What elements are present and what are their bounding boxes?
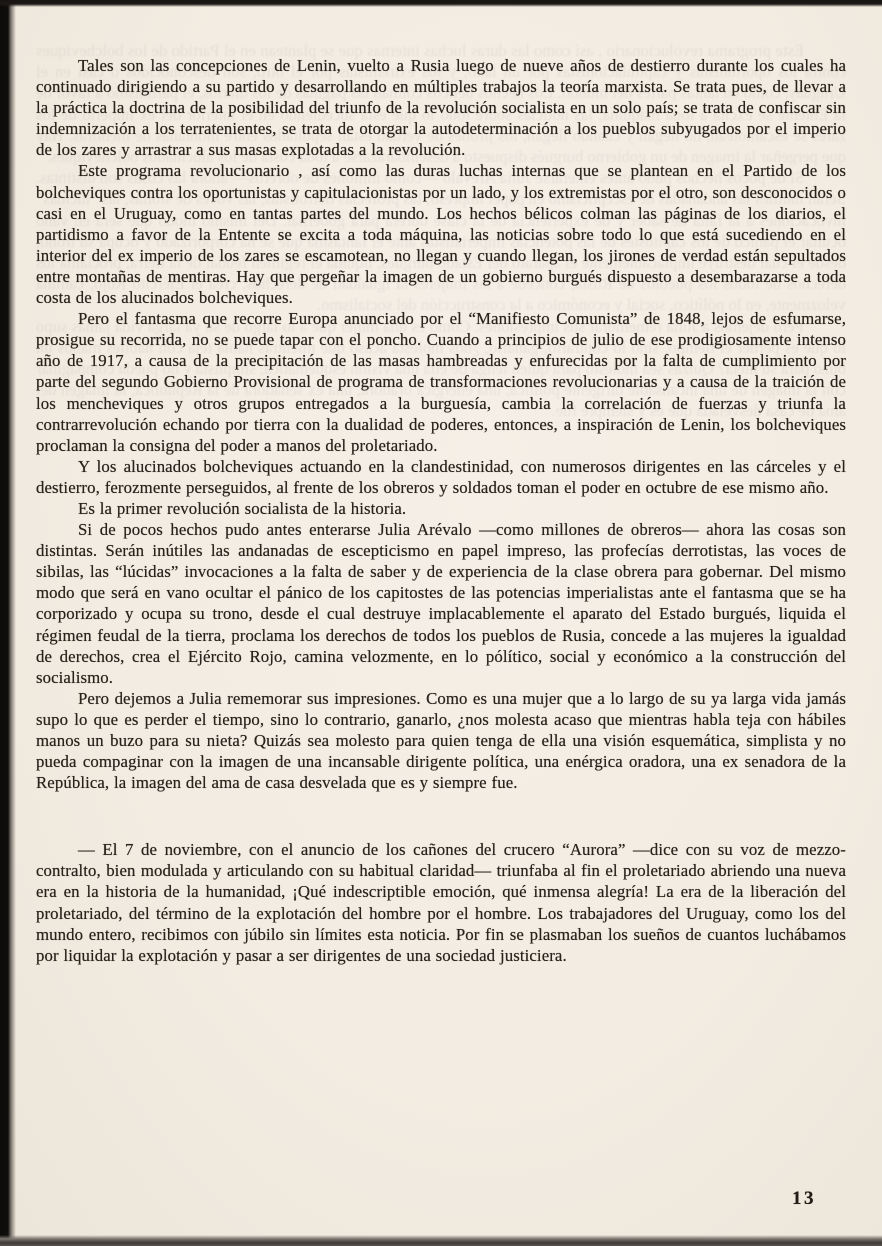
- paragraph-3: Pero el fantasma que recorre Europa anun…: [36, 308, 846, 456]
- scan-edge-bottom: [0, 1235, 882, 1246]
- paragraph-7: Pero dejemos a Julia rememorar sus impre…: [36, 688, 846, 793]
- paragraph-2: Este programa revolucionario , así como …: [36, 160, 846, 308]
- scan-edge-top: [0, 0, 882, 7]
- scanned-book-page: Este programa revolucionario , así como …: [0, 0, 882, 1246]
- paragraph-4: Y los alucinados bolcheviques actuando e…: [36, 456, 846, 498]
- paragraph-5: Es la primer revolución socialista de la…: [36, 498, 846, 519]
- paragraph-8-quote: — El 7 de noviembre, con el anuncio de l…: [36, 839, 846, 966]
- page-number: 13: [792, 1188, 816, 1210]
- scan-edge-left: [0, 0, 16, 1246]
- paragraph-6: Si de pocos hechos pudo antes enterarse …: [36, 519, 846, 688]
- paragraph-1: Tales son las concepciones de Lenin, vue…: [36, 55, 846, 160]
- body-text: Tales son las concepciones de Lenin, vue…: [36, 55, 846, 966]
